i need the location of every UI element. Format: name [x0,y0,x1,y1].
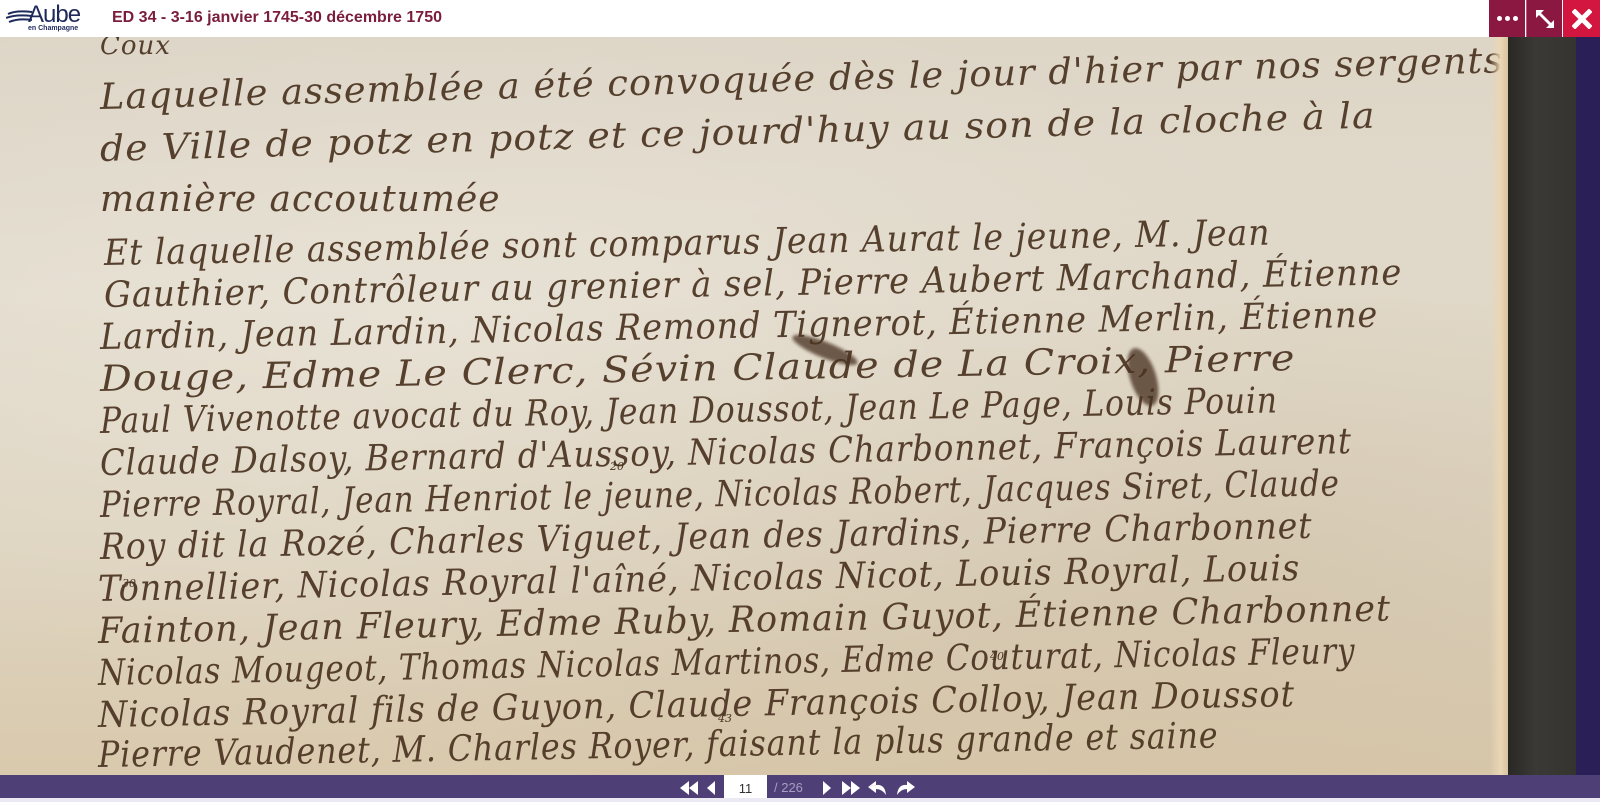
chevron-left-icon [706,780,716,796]
rotate-right-icon [895,780,915,796]
expand-arrows-icon [1534,8,1556,30]
ellipsis-icon [1497,16,1518,21]
manuscript-page-image[interactable]: Coux Laquelle assemblée a été convoquée … [0,37,1510,775]
marginal-number: 43 [718,712,732,725]
handwritten-text: Coux Laquelle assemblée a été convoquée … [0,37,1490,775]
close-x-icon [1572,9,1592,29]
fullscreen-button[interactable] [1526,0,1562,37]
book-binding [1508,37,1576,775]
last-page-button[interactable] [840,778,862,798]
more-options-button[interactable] [1489,0,1525,37]
rotate-left-button[interactable] [867,778,889,798]
first-page-button[interactable] [678,778,700,798]
document-viewer[interactable]: Coux Laquelle assemblée a été convoquée … [0,37,1600,775]
page-edge [1490,37,1508,775]
page-number-input[interactable] [724,775,767,800]
previous-page-button[interactable] [704,778,718,798]
logo-subtext: en Champagne [28,25,78,32]
close-button[interactable] [1563,0,1600,37]
header-bar: Aube en Champagne ED 34 - 3-16 janvier 1… [0,0,1600,37]
rotate-right-button[interactable] [894,778,916,798]
manuscript-line: Coux [100,37,171,61]
page-total: / 226 [774,780,803,795]
marginal-number: 30 [122,577,136,590]
bottom-strip [0,798,1600,802]
chevron-right-icon [822,780,832,796]
marginal-number: 40 [990,650,1004,663]
document-title: ED 34 - 3-16 janvier 1745-30 décembre 17… [112,9,442,27]
double-chevron-left-icon [679,780,699,796]
rotate-left-icon [868,780,888,796]
manuscript-line: manière accoutumée [100,179,501,220]
aube-en-champagne-logo[interactable]: Aube en Champagne [6,3,88,35]
marginal-number: 20 [610,460,624,473]
double-chevron-right-icon [841,780,861,796]
next-page-button[interactable] [820,778,834,798]
